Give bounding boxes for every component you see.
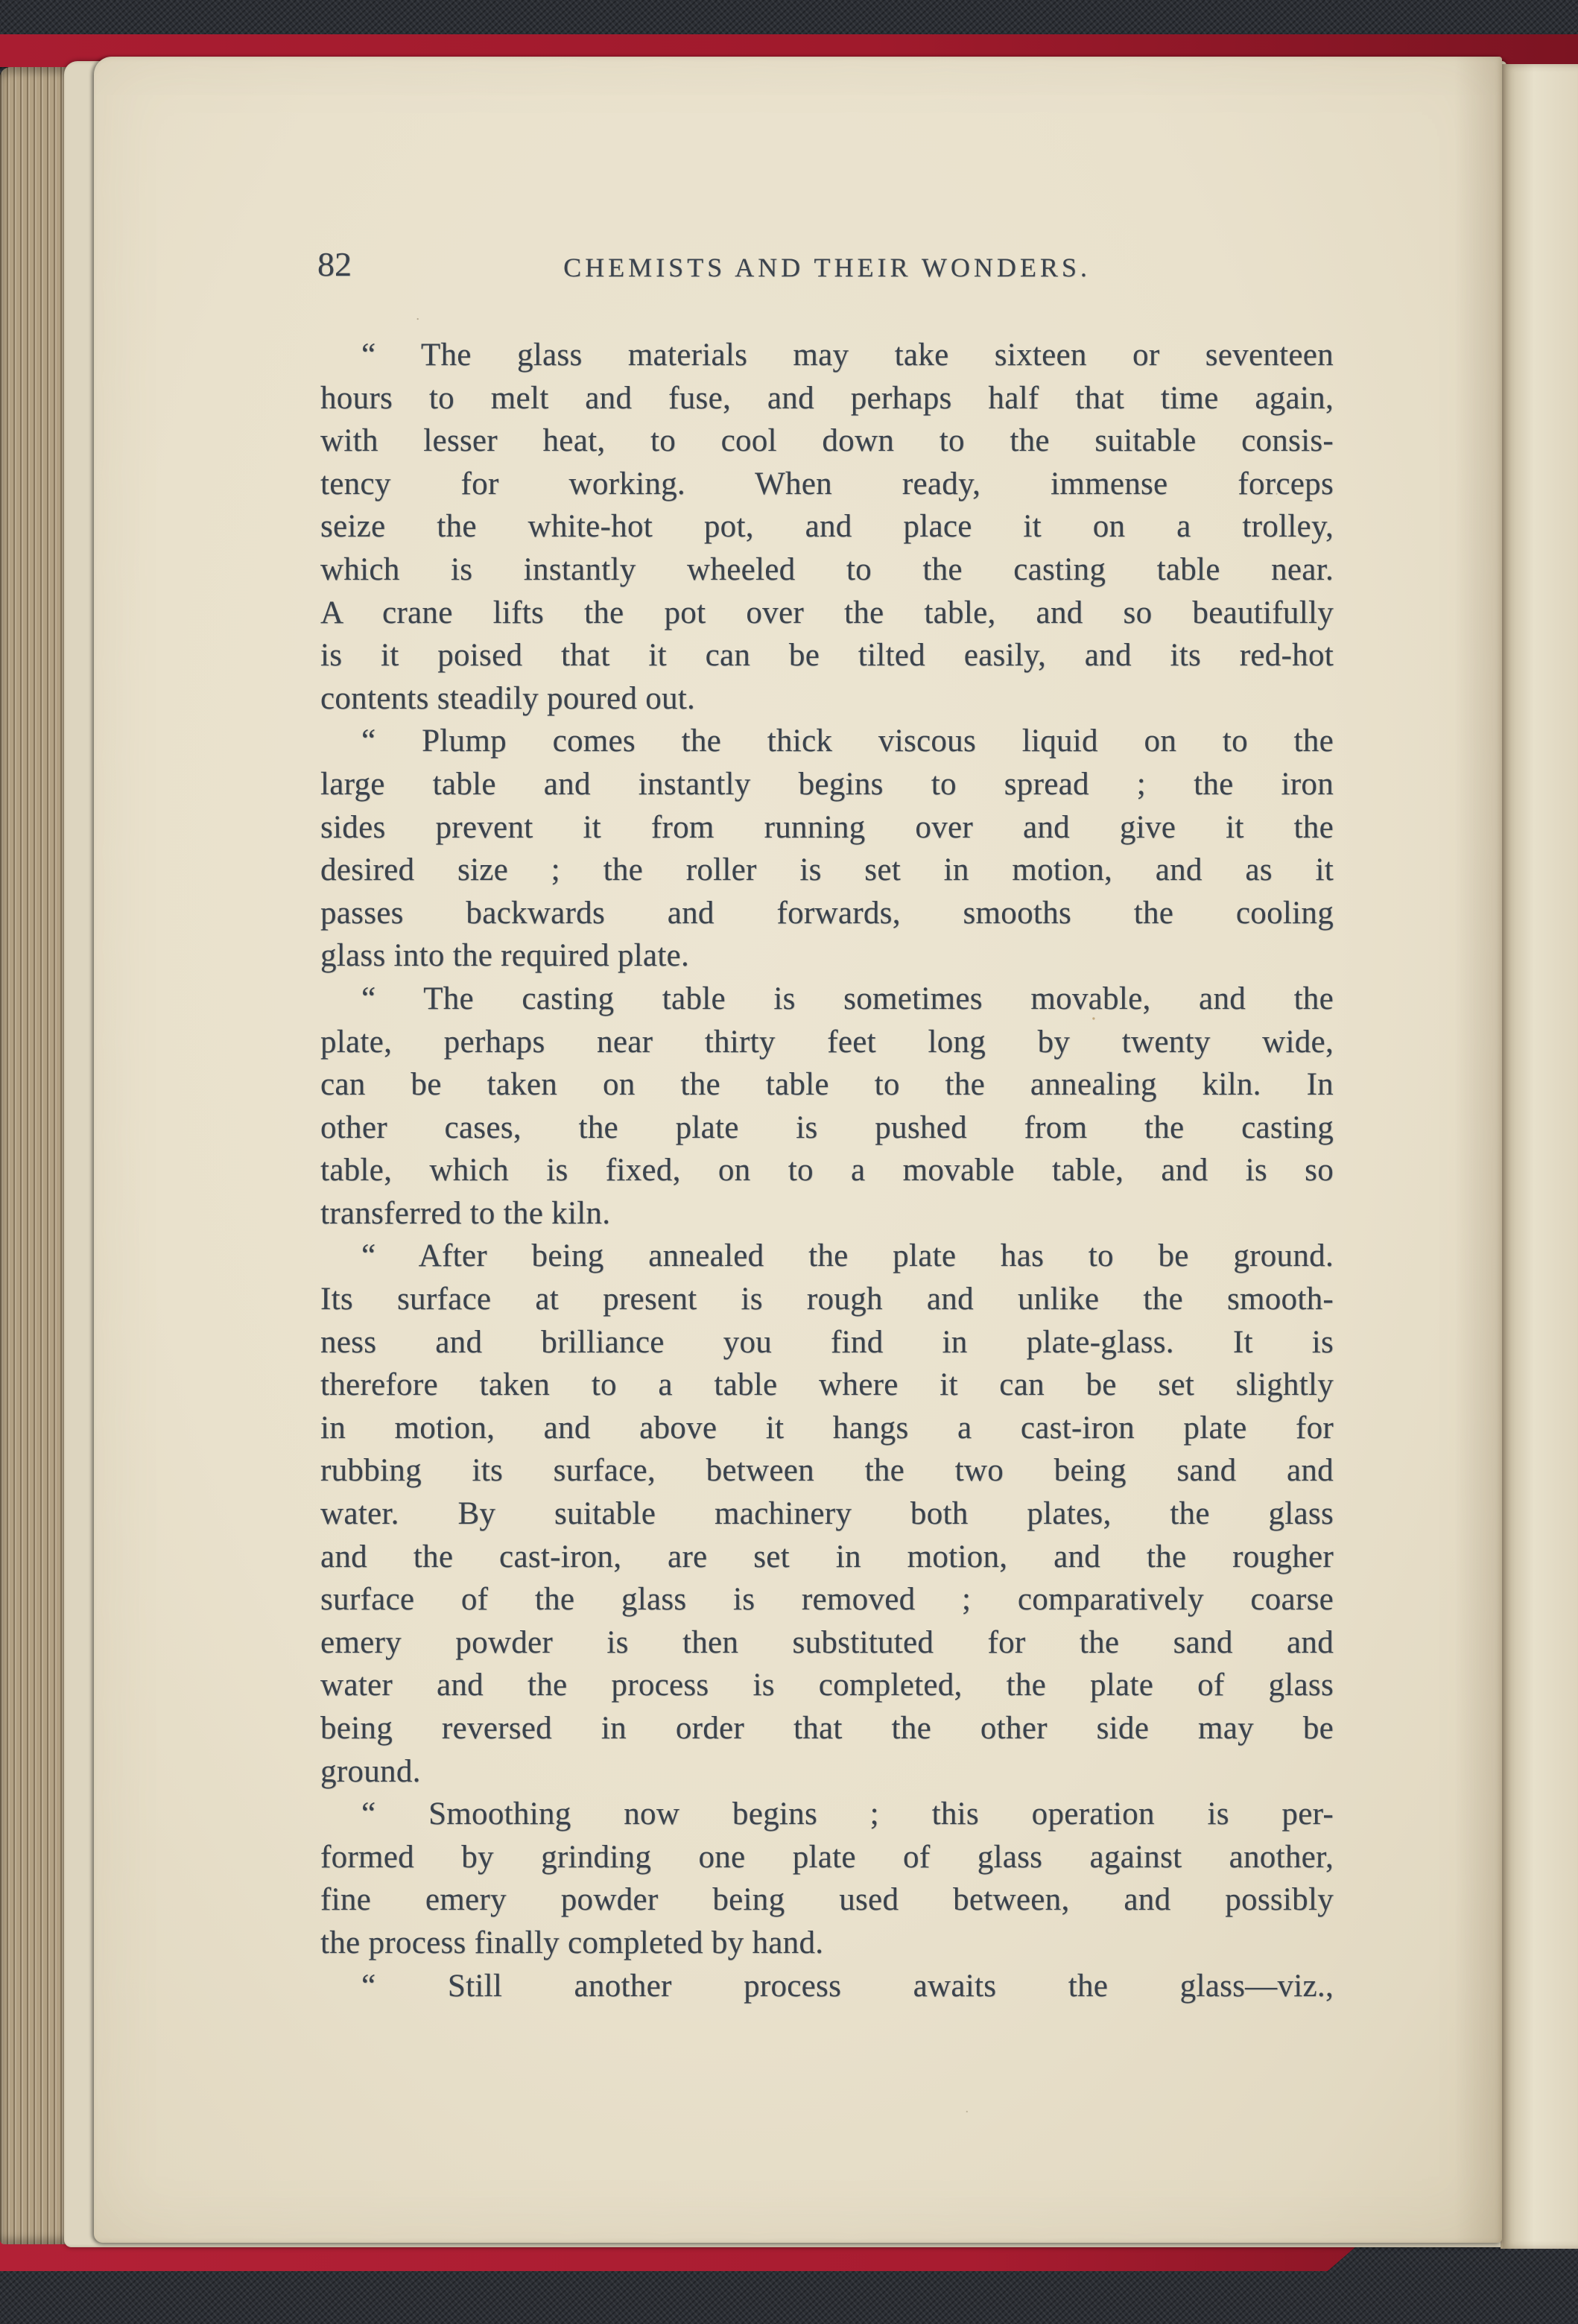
text-line: hours to melt and fuse, and perhaps half… — [320, 377, 1334, 420]
text-line: can be taken on the table to the anneali… — [320, 1063, 1334, 1106]
text-line: other cases, the plate is pushed from th… — [320, 1106, 1334, 1150]
text-line: is it poised that it can be tilted easil… — [320, 634, 1334, 677]
text-line: plate, perhaps near thirty feet long by … — [320, 1021, 1334, 1064]
text-line: “ Still another process awaits the glass… — [320, 1965, 1334, 2008]
text-line: ness and brilliance you find in plate-gl… — [320, 1321, 1334, 1364]
text-line: with lesser heat, to cool down to the su… — [320, 419, 1334, 463]
page-edge-stack — [0, 67, 70, 2244]
text-line: glass into the required plate. — [320, 934, 1334, 978]
text-line: contents steadily poured out. — [320, 677, 1334, 721]
book-page: 82 CHEMISTS AND THEIR WONDERS. “ The gla… — [94, 57, 1502, 2243]
running-header: CHEMISTS AND THEIR WONDERS. — [320, 252, 1334, 283]
text-line: large table and instantly begins to spre… — [320, 763, 1334, 806]
text-line: desired size ; the roller is set in moti… — [320, 849, 1334, 892]
text-line: water. By suitable machinery both plates… — [320, 1492, 1334, 1536]
text-line: transferred to the kiln. — [320, 1192, 1334, 1235]
text-line: being reversed in order that the other s… — [320, 1707, 1334, 1750]
text-line: table, which is fixed, on to a movable t… — [320, 1149, 1334, 1192]
text-line: which is instantly wheeled to the castin… — [320, 548, 1334, 592]
page-text: “ The glass materials may take sixteen o… — [320, 334, 1334, 2007]
text-line: seize the white-hot pot, and place it on… — [320, 505, 1334, 548]
text-line: sides prevent it from running over and g… — [320, 806, 1334, 849]
text-line: the process finally completed by hand. — [320, 1922, 1334, 1965]
text-line: Its surface at present is rough and unli… — [320, 1278, 1334, 1321]
text-line: and the cast-iron, are set in motion, an… — [320, 1536, 1334, 1579]
text-line: in motion, and above it hangs a cast-iro… — [320, 1407, 1334, 1450]
text-line: “ After being annealed the plate has to … — [320, 1235, 1334, 1278]
facing-page-sliver — [1501, 64, 1578, 2249]
text-line: “ Smoothing now begins ; this operation … — [320, 1793, 1334, 1836]
text-line: fine emery powder being used between, an… — [320, 1878, 1334, 1922]
text-line: “ Plump comes the thick viscous liquid o… — [320, 720, 1334, 763]
text-line: passes backwards and forwards, smooths t… — [320, 892, 1334, 935]
text-line: water and the process is completed, the … — [320, 1664, 1334, 1707]
text-line: emery powder is then substituted for the… — [320, 1621, 1334, 1665]
text-line: ground. — [320, 1750, 1334, 1793]
book-photo: 82 CHEMISTS AND THEIR WONDERS. “ The gla… — [0, 0, 1578, 2324]
text-line: rubbing its surface, between the two bei… — [320, 1449, 1334, 1492]
text-line: tency for working. When ready, immense f… — [320, 463, 1334, 506]
text-line: “ The glass materials may take sixteen o… — [320, 334, 1334, 377]
text-line: surface of the glass is removed ; compar… — [320, 1578, 1334, 1621]
text-line: formed by grinding one plate of glass ag… — [320, 1836, 1334, 1879]
text-line: “ The casting table is sometimes movable… — [320, 978, 1334, 1021]
text-line: A crane lifts the pot over the table, an… — [320, 592, 1334, 635]
text-line: therefore taken to a table where it can … — [320, 1364, 1334, 1407]
